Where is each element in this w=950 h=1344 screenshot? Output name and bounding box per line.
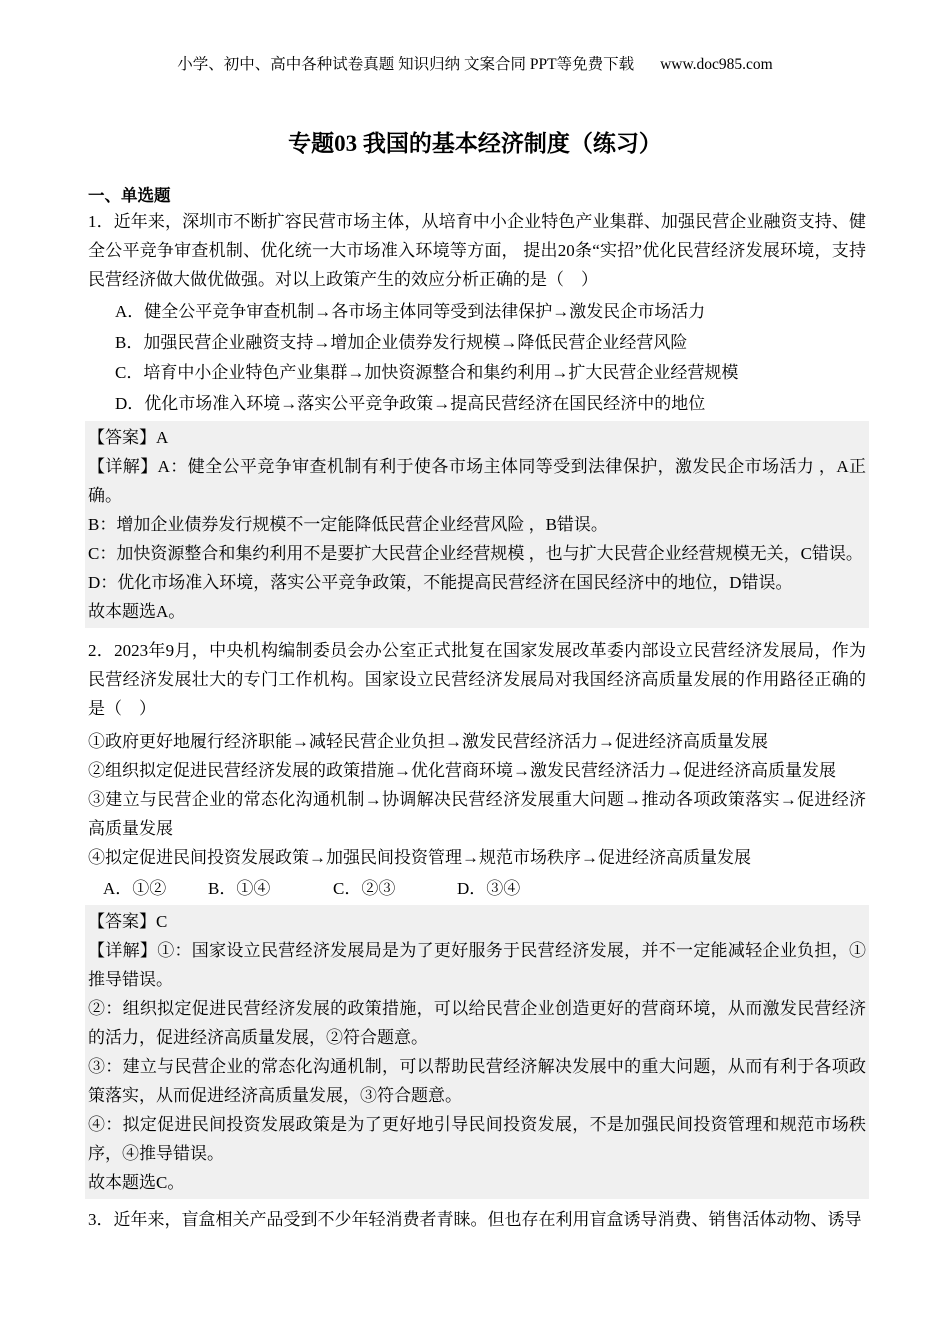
question-2-answer-block: 【答案】C 【详解】①：国家设立民营经济发展局是为了更好服务于民营经济发展，并不…: [85, 905, 869, 1199]
analysis-paragraph: C：加快资源整合和集约利用不是要扩大民营企业经营规模 ，也与扩大民营企业经营规模…: [88, 539, 866, 568]
site-url: www.doc985.com: [660, 56, 773, 73]
question-2-stem: 2．2023年9月，中央机构编制委员会办公室正式批复在国家发展改革委内部设立民营…: [85, 636, 869, 723]
answer-line: 【答案】A: [88, 423, 866, 452]
document-title: 专题03 我国的基本经济制度（练习）: [0, 128, 950, 159]
answer-value: C: [156, 912, 167, 931]
analysis-label: 【详解】: [88, 941, 157, 960]
question-2-item-2: ②组织拟定促进民营经济发展的政策措施→优化营商环境→激发民营经济活力→促进经济高…: [85, 756, 869, 785]
analysis-paragraph: 【详解】A：健全公平竞争审查机制有利于使各市场主体同等受到法律保护，激发民企市场…: [88, 452, 866, 510]
analysis-paragraph: ④：拟定促进民间投资发展政策是为了更好地引导民间投资发展，不是加强民间投资管理和…: [88, 1110, 866, 1168]
site-header: 小学、初中、高中各种试卷真题 知识归纳 文案合同 PPT等免费下载www.doc…: [0, 0, 950, 75]
analysis-paragraph: B：增加企业债券发行规模不一定能降低民营企业经营风险 ，B错误。: [88, 510, 866, 539]
question-2-option-a: A．①②: [103, 876, 208, 902]
question-2-option-d: D．③④: [457, 876, 520, 902]
analysis-paragraph: ③：建立与民营企业的常态化沟通机制，可以帮助民营经济解决发展中的重大问题，从而有…: [88, 1052, 866, 1110]
section-heading: 一、单选题: [85, 186, 869, 207]
document-content: 一、单选题 1．近年来，深圳市不断扩容民营市场主体，从培育中小企业特色产业集群、…: [85, 186, 869, 1234]
site-header-promo: 小学、初中、高中各种试卷真题 知识归纳 文案合同 PPT等免费下载: [177, 56, 634, 73]
answer-line: 【答案】C: [88, 907, 866, 936]
question-2-options: A．①②B．①④C．②③D．③④: [85, 876, 869, 902]
question-3: 3．近年来，盲盒相关产品受到不少年轻消费者青睐。但也存在利用盲盒诱导消费、销售活…: [85, 1205, 869, 1234]
analysis-label: 【详解】: [88, 457, 158, 476]
analysis-conclusion: 故本题选A。: [88, 597, 866, 626]
question-2-item-1: ①政府更好地履行经济职能→减轻民营企业负担→激发民营经济活力→促进经济高质量发展: [85, 727, 869, 756]
answer-value: A: [156, 428, 168, 447]
question-1-option-a: A．健全公平竞争审查机制→各市场主体同等受到法律保护→激发民企市场活力: [85, 297, 869, 328]
question-2-option-c: C．②③: [333, 876, 457, 902]
document-page: 小学、初中、高中各种试卷真题 知识归纳 文案合同 PPT等免费下载www.doc…: [0, 0, 950, 1234]
question-2-item-3: ③建立与民营企业的常态化沟通机制→协调解决民营经济发展重大问题→推动各项政策落实…: [85, 785, 869, 843]
question-1-answer-block: 【答案】A 【详解】A：健全公平竞争审查机制有利于使各市场主体同等受到法律保护，…: [85, 421, 869, 628]
answer-label: 【答案】: [88, 912, 156, 931]
analysis-text: ①：国家设立民营经济发展局是为了更好服务于民营经济发展，并不一定能减轻企业负担，…: [88, 941, 866, 989]
analysis-paragraph: 【详解】①：国家设立民营经济发展局是为了更好服务于民营经济发展，并不一定能减轻企…: [88, 936, 866, 994]
question-2-items: ①政府更好地履行经济职能→减轻民营企业负担→激发民营经济活力→促进经济高质量发展…: [85, 727, 869, 872]
analysis-conclusion: 故本题选C。: [88, 1168, 866, 1197]
answer-label: 【答案】: [88, 428, 156, 447]
question-2: 2．2023年9月，中央机构编制委员会办公室正式批复在国家发展改革委内部设立民营…: [85, 636, 869, 1199]
question-2-item-4: ④拟定促进民间投资发展政策→加强民间投资管理→规范市场秩序→促进经济高质量发展: [85, 843, 869, 872]
analysis-paragraph: ②：组织拟定促进民营经济发展的政策措施，可以给民营企业创造更好的营商环境，从而激…: [88, 994, 866, 1052]
analysis-paragraph: D：优化市场准入环境，落实公平竞争政策，不能提高民营经济在国民经济中的地位，D错…: [88, 568, 866, 597]
question-1-option-c: C．培育中小企业特色产业集群→加快资源整合和集约利用→扩大民营企业经营规模: [85, 358, 869, 389]
question-1-option-d: D．优化市场准入环境→落实公平竞争政策→提高民营经济在国民经济中的地位: [85, 389, 869, 420]
question-1: 1．近年来，深圳市不断扩容民营市场主体，从培育中小企业特色产业集群、加强民营企业…: [85, 207, 869, 628]
question-1-stem: 1．近年来，深圳市不断扩容民营市场主体，从培育中小企业特色产业集群、加强民营企业…: [85, 207, 869, 294]
question-2-option-b: B．①④: [208, 876, 333, 902]
question-3-stem: 3．近年来，盲盒相关产品受到不少年轻消费者青睐。但也存在利用盲盒诱导消费、销售活…: [85, 1205, 869, 1234]
question-1-options: A．健全公平竞争审查机制→各市场主体同等受到法律保护→激发民企市场活力 B．加强…: [85, 297, 869, 419]
analysis-text: A：健全公平竞争审查机制有利于使各市场主体同等受到法律保护，激发民企市场活力 ，…: [88, 457, 866, 505]
question-1-option-b: B．加强民营企业融资支持→增加企业债券发行规模→降低民营企业经营风险: [85, 328, 869, 359]
